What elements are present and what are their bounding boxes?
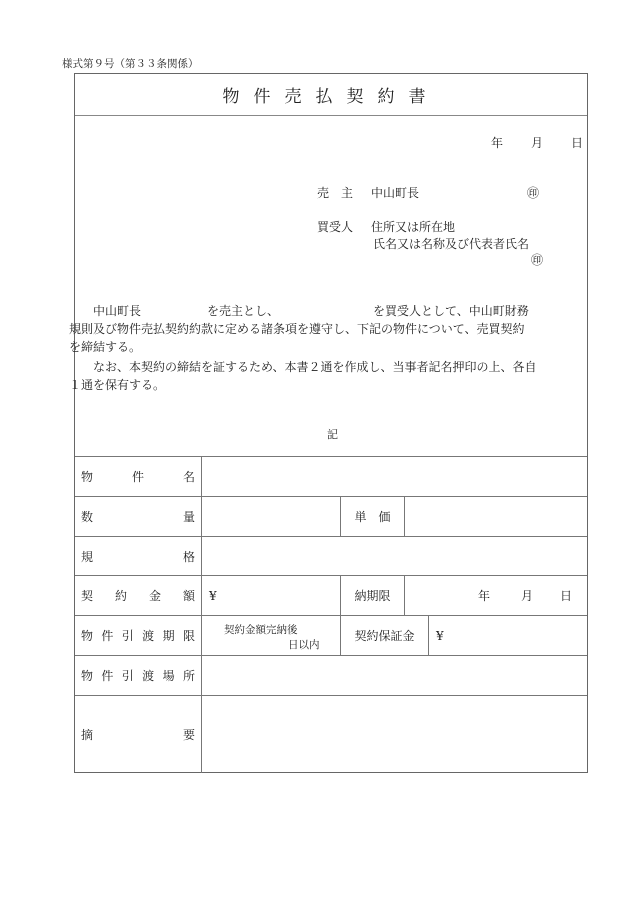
contract-amount-label: 契 約 金 額 <box>75 576 202 615</box>
handover-period-field[interactable]: 契約金額完納後 日以内 <box>202 616 340 655</box>
p1-seller: 中山町長 <box>93 304 141 318</box>
deadline-day: 日 <box>560 587 572 604</box>
ki-label: 記 <box>327 426 338 442</box>
item-name-label: 物 件 名 <box>75 457 202 496</box>
deposit-label: 契約保証金 <box>340 616 428 655</box>
handover-place-label: 物 件 引 渡 場 所 <box>75 656 202 695</box>
buyer-address-label: 住所又は所在地 <box>371 218 455 235</box>
buyer-name-label: 氏名又は名称及び代表者氏名 <box>373 235 529 252</box>
seller-label: 売 主 <box>317 184 353 201</box>
paragraph-main: 中山町長を売主とし、を買受人として、中山町財務 規則及び物件売払契約約款に定める… <box>81 302 581 356</box>
handover-period-label: 物 件 引 渡 期 限 <box>75 616 202 655</box>
deposit-field[interactable]: ¥ <box>428 616 587 655</box>
quantity-field[interactable] <box>202 497 340 536</box>
row-handover-period: 物 件 引 渡 期 限 契約金額完納後 日以内 契約保証金 ¥ <box>75 615 587 655</box>
p1-buyer-role: を買受人として、中山町財務 <box>373 304 529 318</box>
form-reference: 様式第９号（第３３条関係） <box>62 56 199 71</box>
handover-place-field[interactable] <box>202 656 587 695</box>
specification-label: 規 格 <box>75 537 202 575</box>
date-year: 年 <box>491 134 503 151</box>
contract-form: 物件売払契約書 年 月 日 売 主 中山町長 ㊞ 買受人 住所又は所在地 氏名又… <box>74 73 588 773</box>
yen-sign: ¥ <box>209 589 217 603</box>
p1-seller-role: を売主とし、 <box>207 304 279 318</box>
row-summary: 摘 要 <box>75 695 587 773</box>
handover-line2: 日以内 <box>288 637 320 652</box>
date-day: 日 <box>571 134 583 151</box>
row-quantity: 数 量 単 価 <box>75 496 587 536</box>
quantity-label: 数 量 <box>75 497 202 536</box>
delivery-deadline-label: 納期限 <box>340 576 404 615</box>
seller-name: 中山町長 <box>371 184 419 201</box>
document-title: 物件売払契約書 <box>75 74 587 116</box>
deadline-month: 月 <box>521 587 533 604</box>
specification-field[interactable] <box>202 537 587 575</box>
unit-price-field[interactable] <box>404 497 587 536</box>
row-item-name: 物 件 名 <box>75 456 587 496</box>
date-month: 月 <box>531 134 543 151</box>
seller-seal-icon: ㊞ <box>527 184 539 201</box>
contract-body: 年 月 日 売 主 中山町長 ㊞ 買受人 住所又は所在地 氏名又は名称及び代表者… <box>75 116 587 456</box>
contract-amount-field[interactable]: ¥ <box>202 576 340 615</box>
buyer-seal-icon: ㊞ <box>531 251 543 268</box>
p1-line3: を締結する。 <box>69 340 141 354</box>
row-specification: 規 格 <box>75 536 587 575</box>
row-handover-place: 物 件 引 渡 場 所 <box>75 655 587 695</box>
summary-field[interactable] <box>202 696 587 773</box>
p2-line1: なお、本契約の締結を証するため、本書２通を作成し、当事者記名押印の上、各自 <box>93 360 537 374</box>
delivery-deadline-field[interactable]: 年 月 日 <box>404 576 587 615</box>
deadline-year: 年 <box>478 587 490 604</box>
paragraph-copies: なお、本契約の締結を証するため、本書２通を作成し、当事者記名押印の上、各自 １通… <box>81 358 581 394</box>
buyer-label: 買受人 <box>317 218 353 235</box>
p2-line2: １通を保有する。 <box>69 378 165 392</box>
row-contract-amount: 契 約 金 額 ¥ 納期限 年 月 日 <box>75 575 587 615</box>
item-name-field[interactable] <box>202 457 587 496</box>
handover-line1: 契約金額完納後 <box>224 622 298 637</box>
yen-sign: ¥ <box>436 629 444 643</box>
summary-label: 摘 要 <box>75 696 202 773</box>
unit-price-label: 単 価 <box>340 497 404 536</box>
p1-line2: 規則及び物件売払契約約款に定める諸条項を遵守し、下記の物件について、売買契約 <box>69 322 525 336</box>
